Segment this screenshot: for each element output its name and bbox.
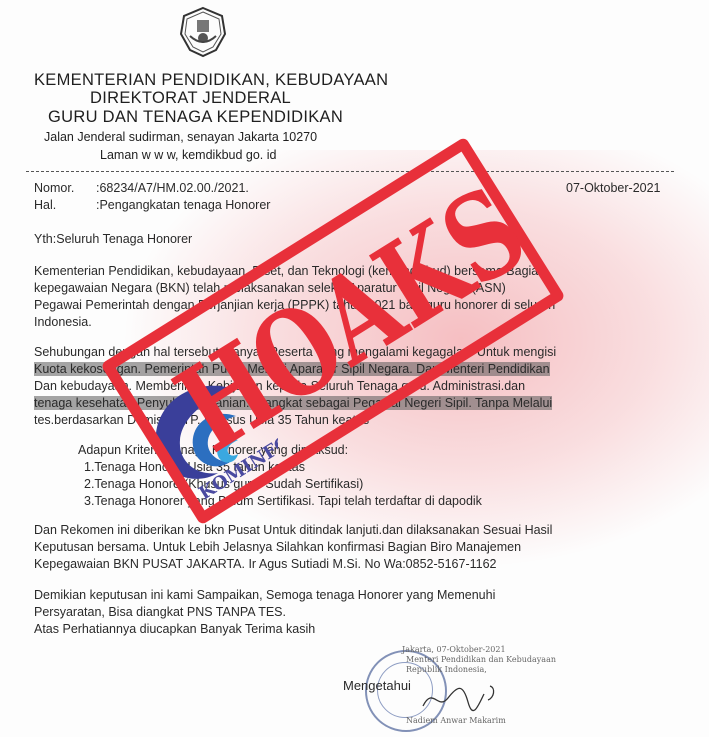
closing-line: Persyaratan, Bisa diangkat PNS TANPA TES… bbox=[34, 605, 286, 619]
closing-line: Demikian keputusan ini kami Sampaikan, S… bbox=[34, 588, 495, 602]
closing-line: Atas Perhatiannya diucapkan Banyak Terim… bbox=[34, 622, 315, 636]
paragraph3-line: Dan Rekomen ini diberikan ke bkn Pusat U… bbox=[34, 523, 552, 537]
salutation: Yth:Seluruh Tenaga Honorer bbox=[34, 232, 192, 246]
nomor-label: Nomor. bbox=[34, 181, 74, 195]
signatory-name: Nadiem Anwar Makarim bbox=[406, 716, 506, 725]
letterhead-website: Laman w w w, kemdikbud go. id bbox=[100, 148, 276, 162]
letterhead-ministry: KEMENTERIAN PENDIDIKAN, KEBUDAYAAN bbox=[34, 71, 388, 90]
nomor-value: :68234/A7/HM.02.00./2021. bbox=[96, 181, 249, 195]
letter-date: 07-Oktober-2021 bbox=[566, 181, 661, 195]
hal-value: :Pengangkatan tenaga Honorer bbox=[96, 198, 270, 212]
letterhead-division: GURU DAN TENAGA KEPENDIDIKAN bbox=[48, 108, 343, 127]
paragraph3-line: Kepegawaian BKN PUSAT JAKARTA. Ir Agus S… bbox=[34, 557, 497, 571]
acknowledged-label: Mengetahui bbox=[343, 678, 411, 693]
hal-label: Hal. bbox=[34, 198, 56, 212]
paragraph1-line: Indonesia. bbox=[34, 315, 92, 329]
signature-title: Menteri Pendidikan dan Kebudayaan bbox=[406, 655, 556, 664]
tut-wuri-handayani-emblem-icon bbox=[178, 6, 228, 58]
paragraph3-line: Keputusan bersama. Untuk Lebih Jelasnya … bbox=[34, 540, 521, 554]
hoax-letter-document: KEMENTERIAN PENDIDIKAN, KEBUDAYAAN DIREK… bbox=[0, 0, 709, 737]
letterhead-directorate: DIREKTORAT JENDERAL bbox=[90, 89, 291, 108]
signature-title-2: Republik Indonesia, bbox=[406, 665, 487, 674]
letterhead-address: Jalan Jenderal sudirman, senayan Jakarta… bbox=[44, 130, 317, 144]
header-divider bbox=[26, 171, 674, 172]
signature-scribble-icon bbox=[418, 676, 508, 716]
signature-place-date: Jakarta, 07-Oktober-2021 bbox=[402, 645, 506, 654]
